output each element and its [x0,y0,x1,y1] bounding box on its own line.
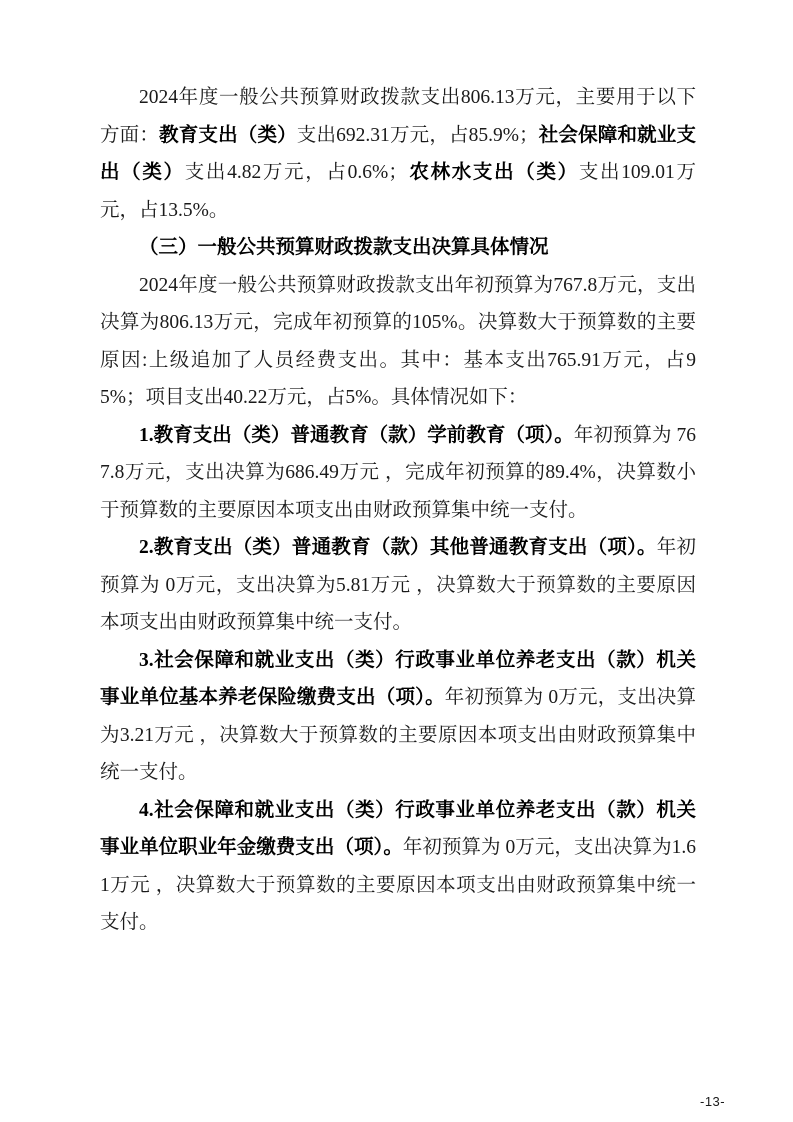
education-expenditure-value: 支出692.31万元，占85.9%； [297,125,539,146]
item-paragraph-3: 3.社会保障和就业支出（类）行政事业单位养老支出（款）机关事业单位基本养老保险缴… [100,642,696,792]
item-paragraph-4: 4.社会保障和就业支出（类）行政事业单位养老支出（款）机关事业单位职业年金缴费支… [100,792,696,942]
social-security-expenditure-value: 支出4.82万元，占0.6%； [185,162,408,183]
agriculture-water-expenditure-label: 农林水支出（类） [408,162,579,183]
item-1-title: 1.教育支出（类）普通教育（款）学前教育（项）。 [139,425,574,446]
item-2-title: 2.教育支出（类）普通教育（款）其他普通教育支出（项）。 [139,537,657,558]
section-heading: （三）一般公共预算财政拨款支出决算具体情况 [100,229,696,267]
item-paragraph-1: 1.教育支出（类）普通教育（款）学前教育（项）。年初预算为 767.8万元，支出… [100,417,696,530]
education-expenditure-label: 教育支出（类） [159,125,297,146]
item-paragraph-2: 2.教育支出（类）普通教育（款）其他普通教育支出（项）。年初预算为 0万元，支出… [100,529,696,642]
document-body: 2024年度一般公共预算财政拨款支出806.13万元，主要用于以下方面：教育支出… [100,79,696,942]
page-number: -13- [700,1094,725,1109]
intro-paragraph: 2024年度一般公共预算财政拨款支出806.13万元，主要用于以下方面：教育支出… [100,79,696,229]
overview-paragraph: 2024年度一般公共预算财政拨款支出年初预算为767.8万元，支出决算为806.… [100,267,696,417]
document-page: 2024年度一般公共预算财政拨款支出806.13万元，主要用于以下方面：教育支出… [0,0,793,1122]
